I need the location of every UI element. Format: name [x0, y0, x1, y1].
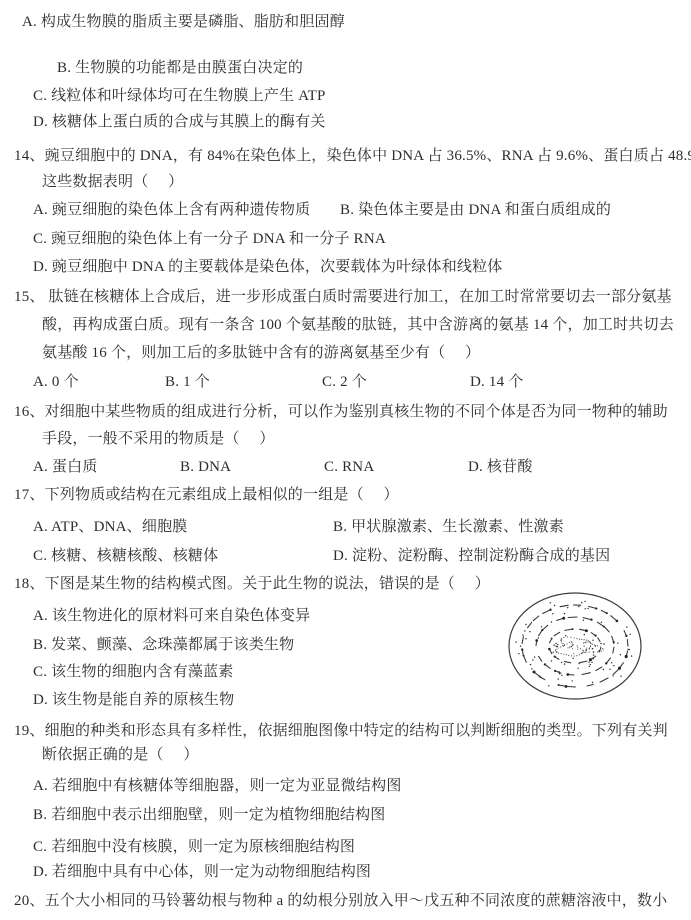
- q17-option-b: B. 甲状腺激素、生长激素、性激素: [333, 518, 564, 537]
- q15-stem-line-2: 酸，再构成蛋白质。现有一条含 100 个氨基酸的肽链，其中含游离的氨基 14 个…: [42, 316, 674, 335]
- q16-option-b: B. DNA: [180, 458, 231, 477]
- q14-stem-line-2: 这些数据表明（ ）: [42, 173, 183, 192]
- q15-option-c: C. 2 个: [322, 373, 367, 392]
- q19-option-c: C. 若细胞中没有核膜，则一定为原核细胞结构图: [33, 838, 355, 857]
- q17-option-d: D. 淀粉、淀粉酶、控制淀粉酶合成的基因: [333, 547, 610, 566]
- q13-option-d: D. 核糖体上蛋白质的合成与其膜上的酶有关: [33, 113, 326, 132]
- q15-option-a: A. 0 个: [33, 373, 79, 392]
- q15-option-b: B. 1 个: [165, 373, 210, 392]
- q19-stem-line-2: 断依据正确的是（ ）: [42, 746, 199, 765]
- q19-option-a: A. 若细胞中有核糖体等细胞器，则一定为亚显微结构图: [33, 777, 402, 796]
- q16-stem-line-1: 16、对细胞中某些物质的组成进行分析，可以作为鉴别真核生物的不同个体是否为同一物…: [14, 403, 668, 422]
- q16-option-d: D. 核苷酸: [468, 458, 533, 477]
- q18-stem-line-1: 18、下图是某生物的结构模式图。关于此生物的说法，错误的是（ ）: [14, 575, 490, 594]
- q14-option-b: B. 染色体主要是由 DNA 和蛋白质组成的: [340, 201, 611, 220]
- q16-stem-line-2: 手段，一般不采用的物质是（ ）: [42, 430, 275, 449]
- q14-option-a: A. 豌豆细胞的染色体上含有两种遗传物质: [33, 201, 310, 220]
- prokaryote-cell-figure: [506, 588, 644, 706]
- q18-option-c: C. 该生物的细胞内含有藻蓝素: [33, 663, 234, 682]
- q15-stem-line-1: 15、 肽链在核糖体上合成后，进一步形成蛋白质时需要进行加工，在加工时常常要切去…: [14, 288, 672, 307]
- q20-stem-line-1: 20、五个大小相同的马铃薯幼根与物种 a 的幼根分别放入甲～戊五种不同浓度的蔗糖…: [14, 892, 667, 911]
- q13-option-b: B. 生物膜的功能都是由膜蛋白决定的: [57, 59, 303, 78]
- exam-page: A. 构成生物膜的脂质主要是磷脂、脂肪和胆固醇 B. 生物膜的功能都是由膜蛋白决…: [0, 0, 691, 920]
- q13-option-c: C. 线粒体和叶绿体均可在生物膜上产生 ATP: [33, 87, 326, 106]
- q18-option-a: A. 该生物进化的原材料可来自染色体变异: [33, 607, 310, 626]
- q15-stem-line-3: 氨基酸 16 个，则加工后的多肽链中含有的游离氨基至少有（ ）: [42, 344, 480, 363]
- q17-stem-line-1: 17、下列物质或结构在元素组成上最相似的一组是（ ）: [14, 486, 399, 505]
- q16-option-a: A. 蛋白质: [33, 458, 98, 477]
- q16-option-c: C. RNA: [324, 458, 374, 477]
- prokaryote-cell-diagram-icon: [506, 588, 644, 706]
- q17-option-a: A. ATP、DNA、细胞膜: [33, 518, 187, 537]
- q19-option-b: B. 若细胞中表示出细胞壁，则一定为植物细胞结构图: [33, 806, 386, 825]
- cell-outer-membrane: [509, 593, 641, 699]
- q14-stem-line-1: 14、豌豆细胞中的 DNA，有 84%在染色体上，染色体中 DNA 占 36.5…: [14, 147, 691, 166]
- q15-option-d: D. 14 个: [470, 373, 523, 392]
- q18-option-b: B. 发菜、颤藻、念珠藻都属于该类生物: [33, 636, 294, 655]
- q14-option-c: C. 豌豆细胞的染色体上有一分子 DNA 和一分子 RNA: [33, 230, 386, 249]
- q14-option-d: D. 豌豆细胞中 DNA 的主要载体是染色体，次要载体为叶绿体和线粒体: [33, 258, 503, 277]
- q19-option-d: D. 若细胞中具有中心体，则一定为动物细胞结构图: [33, 863, 371, 882]
- q18-option-d: D. 该生物是能自养的原核生物: [33, 691, 234, 710]
- q17-option-c: C. 核糖、核糖核酸、核糖体: [33, 547, 218, 566]
- q13-option-a: A. 构成生物膜的脂质主要是磷脂、脂肪和胆固醇: [22, 13, 345, 32]
- cell-inner-rings: [515, 601, 632, 688]
- q19-stem-line-1: 19、细胞的种类和形态具有多样性，依据细胞图像中特定的结构可以判断细胞的类型。下…: [14, 722, 668, 741]
